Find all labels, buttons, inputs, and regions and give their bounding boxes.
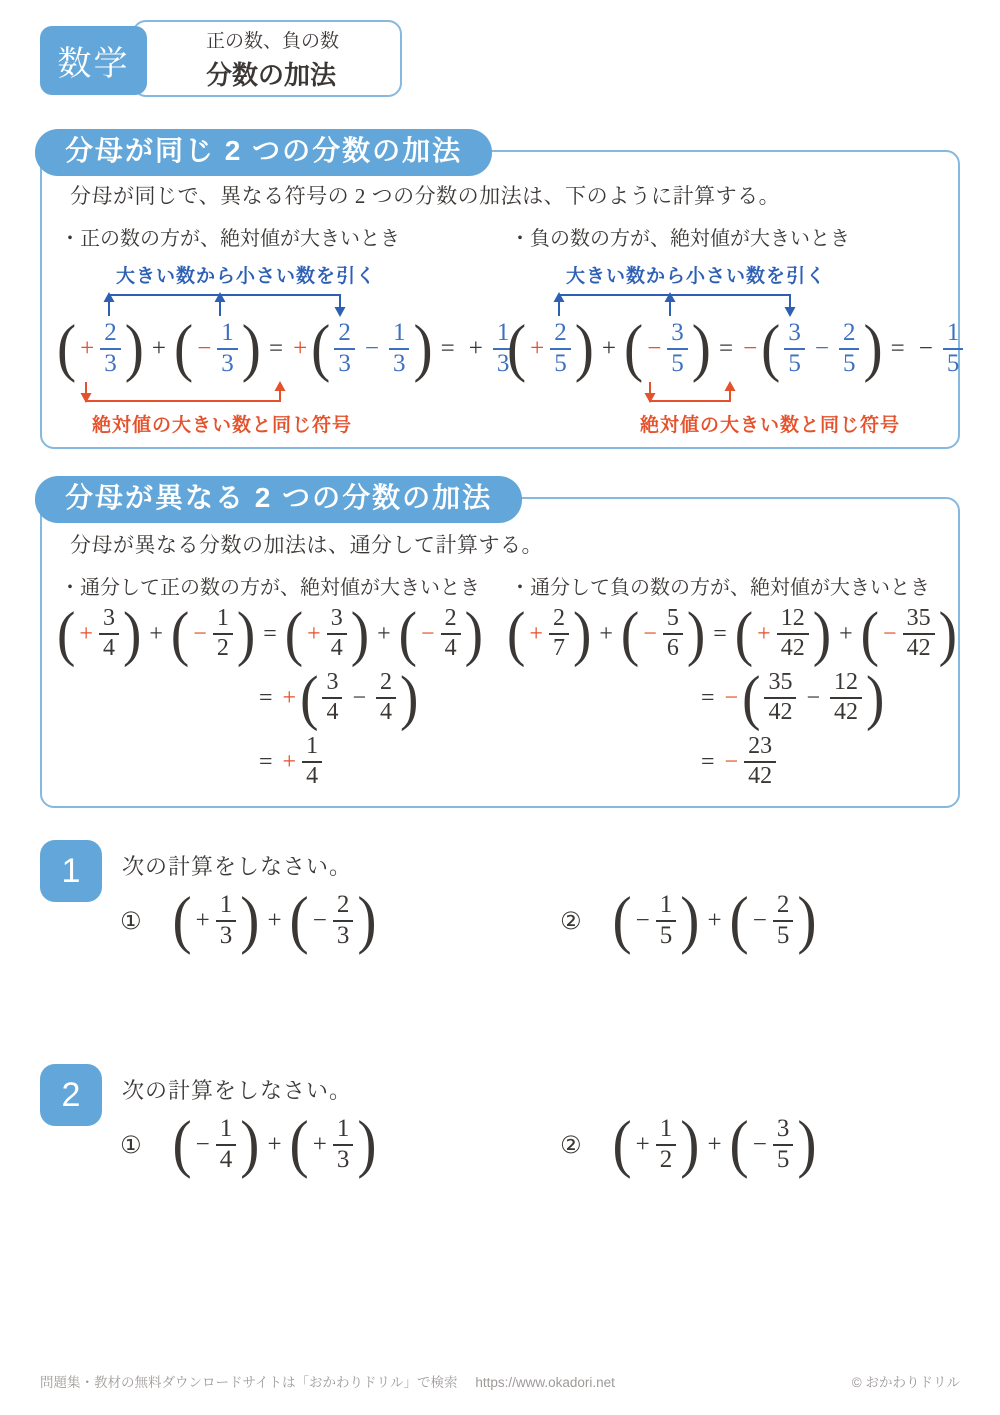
operator: = [259,749,273,776]
worksheet-title: 分数の加法 [206,55,390,92]
fraction: 23 [334,319,355,379]
problem-item: ② (+12)+(−35) [560,1114,1000,1176]
problem-instruction: 次の計算をしなさい。 [122,1074,352,1105]
fraction: 34 [99,605,119,662]
equation-line: =−(3542−1242) [694,668,944,728]
problem-number-badge: 2 [40,1064,102,1126]
parenthesis: ) [797,889,816,953]
operator: = [269,335,283,363]
parenthesis: ) [237,603,255,665]
equation-line: =−2342 [694,732,944,792]
parenthesis: ( [861,603,879,665]
parenthesis: ( [285,603,303,665]
operator: + [377,621,391,648]
fraction: 3542 [764,669,796,726]
fraction: 15 [656,891,677,951]
sign: − [636,907,650,935]
equation-line: (+34)+(−12)=(+34)+(−24) [56,604,494,664]
footer-url: https://www.okadori.net [475,1375,615,1390]
equation-line: =+(34−24) [252,668,494,728]
operator: = [263,621,277,648]
operator: = [701,749,715,776]
fraction: 34 [327,605,347,662]
equation-line: (+27)+(−56)=(+1242)+(−3542) [506,604,944,664]
fraction: 56 [663,605,683,662]
sign: − [743,335,757,363]
parenthesis: ) [413,317,432,381]
fraction: 27 [549,605,569,662]
parenthesis: ( [174,317,193,381]
sign-rule-label: 絶対値の大きい数と同じ符号 [640,410,944,437]
problem-item: ① (+13)+(−23) [120,890,560,952]
example-bullet: ・通分して負の数の方が、絶対値が大きいとき [510,571,944,600]
worksheet-page: { "colors": { "red": "#e4512b", "blue": … [0,0,1000,1415]
parenthesis: ( [761,317,780,381]
parenthesis: ( [735,603,753,665]
fraction: 13 [333,1115,354,1175]
operator: = [713,621,727,648]
unit-label: 正の数、負の数 [206,26,390,53]
fraction: 3542 [903,605,935,662]
subject-label: 数学 [58,36,130,85]
sign: − [313,907,327,935]
parenthesis: ) [692,317,711,381]
parenthesis: ( [507,317,526,381]
sign: + [196,907,210,935]
operator: = [701,685,715,712]
header: 正の数、負の数 分数の加法 数学 [40,20,420,97]
parenthesis: ( [621,603,639,665]
sign: − [196,1131,210,1159]
operator: − [815,335,829,363]
example-negative-larger: ・負の数の方が、絶対値が大きいとき 大きい数から小さい数を引く (+25)+(−… [506,222,944,437]
operator: + [839,621,853,648]
equation: (+13)+(−23) [172,890,378,952]
subtract-rule-label: 大きい数から小さい数を引く [566,261,944,288]
parenthesis: ) [680,889,699,953]
operator: + [707,1131,721,1159]
operator: − [352,685,366,712]
section1-examples: ・正の数の方が、絶対値が大きいとき 大きい数から小さい数を引く (+23)+(−… [56,222,944,437]
parenthesis: ( [171,603,189,665]
operator: = [719,335,733,363]
fraction: 13 [389,319,410,379]
operator: = [441,335,455,363]
operator: + [599,621,613,648]
sign: + [529,621,543,648]
parenthesis: ( [290,889,309,953]
operator: + [149,621,163,648]
parenthesis: ) [687,603,705,665]
problem-2: 2 次の計算をしなさい。 ① (−14)+(+13) ② (+12)+(−35) [40,1064,1000,1176]
parenthesis: ) [813,603,831,665]
item-marker: ① [120,907,142,935]
parenthesis: ) [465,603,483,665]
fraction: 14 [216,1115,237,1175]
parenthesis: ) [400,667,418,729]
fraction: 15 [943,319,964,379]
operator: = [259,685,273,712]
parenthesis: ) [242,317,261,381]
parenthesis: ( [730,1113,749,1177]
fraction: 23 [100,319,121,379]
operator: + [152,335,166,363]
fraction: 14 [302,733,322,790]
footer-site-text: 問題集・教材の無料ダウンロードサイトは「おかわりドリル」で検索 [40,1375,458,1390]
example-bullet: ・通分して正の数の方が、絶対値が大きいとき [60,571,494,600]
problem-instruction: 次の計算をしなさい。 [122,850,352,881]
sign: − [197,335,211,363]
problem-2-items: ① (−14)+(+13) ② (+12)+(−35) [120,1114,1000,1176]
fraction: 24 [376,669,396,726]
parenthesis: ) [939,603,957,665]
sign: − [647,335,661,363]
parenthesis: ) [240,1113,259,1177]
section-same-denominator: 分母が同じ 2 つの分数の加法 分母が同じで、異なる符号の 2 つの分数の加法は… [40,150,960,449]
section2-examples: ・通分して正の数の方が、絶対値が大きいとき (+34)+(−12)=(+34)+… [56,571,944,792]
example-negative-larger-common: ・通分して負の数の方が、絶対値が大きいとき (+27)+(−56)=(+1242… [506,571,944,792]
sign: − [753,1131,767,1159]
fraction: 13 [216,891,237,951]
fraction: 13 [217,319,238,379]
fraction: 25 [550,319,571,379]
problem-item: ② (−15)+(−25) [560,890,1000,952]
section1-heading: 分母が同じ 2 つの分数の加法 [65,135,462,166]
parenthesis: ( [613,889,632,953]
sign: + [307,621,321,648]
section2-intro: 分母が異なる分数の加法は、通分して計算する。 [70,529,944,559]
operator: + [707,907,721,935]
sign: + [283,685,297,712]
problem-1: 1 次の計算をしなさい。 ① (+13)+(−23) ② (−15)+(−25) [40,840,1000,952]
parenthesis: ( [399,603,417,665]
item-marker: ② [560,907,582,935]
example-positive-larger: ・正の数の方が、絶対値が大きいとき 大きい数から小さい数を引く (+23)+(−… [56,222,494,437]
parenthesis: ) [357,1113,376,1177]
sign-arrow [506,380,944,410]
fraction: 1242 [830,669,862,726]
fraction: 1242 [777,605,809,662]
parenthesis: ) [863,317,882,381]
footer-site-info: 問題集・教材の無料ダウンロードサイトは「おかわりドリル」で検索 https://… [40,1371,615,1391]
problem-number-badge: 1 [40,840,102,902]
problem-number: 1 [62,852,81,891]
equation: (+23)+(−13)=+(23−13)=+13 [56,318,494,380]
equation: (−15)+(−25) [612,890,818,952]
parenthesis: ) [866,667,884,729]
operator: + [267,1131,281,1159]
parenthesis: ( [311,317,330,381]
fraction: 2342 [744,733,776,790]
parenthesis: ) [573,603,591,665]
parenthesis: ( [624,317,643,381]
fraction: 23 [333,891,354,951]
example-bullet: ・負の数の方が、絶対値が大きいとき [510,222,944,251]
problem-number: 2 [62,1076,81,1115]
parenthesis: ( [173,1113,192,1177]
fraction: 24 [441,605,461,662]
parenthesis: ) [123,603,141,665]
sign: − [883,621,897,648]
parenthesis: ) [357,889,376,953]
sign: − [753,907,767,935]
example-bullet: ・正の数の方が、絶対値が大きいとき [60,222,494,251]
parenthesis: ( [613,1113,632,1177]
sign: + [313,1131,327,1159]
operator: + [267,907,281,935]
sign: + [293,335,307,363]
item-marker: ② [560,1131,582,1159]
sign: + [636,1131,650,1159]
parenthesis: ( [730,889,749,953]
sign-arrow [56,380,494,410]
fraction: 35 [773,1115,794,1175]
equation: (−14)+(+13) [172,1114,378,1176]
operator: − [806,685,820,712]
subject-badge: 数学 [40,26,147,95]
sign: − [725,685,739,712]
parenthesis: ) [125,317,144,381]
subtract-rule-label: 大きい数から小さい数を引く [116,261,494,288]
parenthesis: ( [300,667,318,729]
fraction: 25 [839,319,860,379]
sign: − [725,749,739,776]
problem-1-items: ① (+13)+(−23) ② (−15)+(−25) [120,890,1000,952]
sign: + [79,621,93,648]
sign: + [283,749,297,776]
parenthesis: ( [57,603,75,665]
parenthesis: ( [57,317,76,381]
section1-heading-pill: 分母が同じ 2 つの分数の加法 [35,129,492,176]
section2-heading: 分母が異なる 2 つの分数の加法 [65,482,492,513]
unit-box: 正の数、負の数 分数の加法 [132,20,402,97]
fraction: 35 [784,319,805,379]
parenthesis: ) [240,889,259,953]
equation-line: =+14 [252,732,494,792]
section1-intro: 分母が同じで、異なる符号の 2 つの分数の加法は、下のように計算する。 [70,180,944,210]
parenthesis: ) [575,317,594,381]
example-positive-larger-common: ・通分して正の数の方が、絶対値が大きいとき (+34)+(−12)=(+34)+… [56,571,494,792]
section2-heading-pill: 分母が異なる 2 つの分数の加法 [35,476,522,523]
fraction: 12 [213,605,233,662]
operator: + [602,335,616,363]
operator: − [365,335,379,363]
sign: − [643,621,657,648]
equation: (+12)+(−35) [612,1114,818,1176]
footer: 問題集・教材の無料ダウンロードサイトは「おかわりドリル」で検索 https://… [40,1371,960,1391]
footer-copyright: © おかわりドリル [852,1371,960,1391]
item-marker: ① [120,1131,142,1159]
sign: − [193,621,207,648]
fraction: 12 [656,1115,677,1175]
operator: + [469,335,483,363]
sign: + [80,335,94,363]
parenthesis: ) [797,1113,816,1177]
operator: = [891,335,905,363]
section-different-denominator: 分母が異なる 2 つの分数の加法 分母が異なる分数の加法は、通分して計算する。 … [40,497,960,808]
fraction: 35 [667,319,688,379]
parenthesis: ( [742,667,760,729]
parenthesis: ) [351,603,369,665]
parenthesis: ( [507,603,525,665]
operator: − [919,335,933,363]
sign-rule-label: 絶対値の大きい数と同じ符号 [92,410,494,437]
sign: − [421,621,435,648]
problem-item: ① (−14)+(+13) [120,1114,560,1176]
parenthesis: ) [680,1113,699,1177]
equation: (+25)+(−35)=−(35−25)=−15 [506,318,944,380]
parenthesis: ( [290,1113,309,1177]
parenthesis: ( [173,889,192,953]
fraction: 34 [322,669,342,726]
sign: + [757,621,771,648]
fraction: 25 [773,891,794,951]
sign: + [530,335,544,363]
